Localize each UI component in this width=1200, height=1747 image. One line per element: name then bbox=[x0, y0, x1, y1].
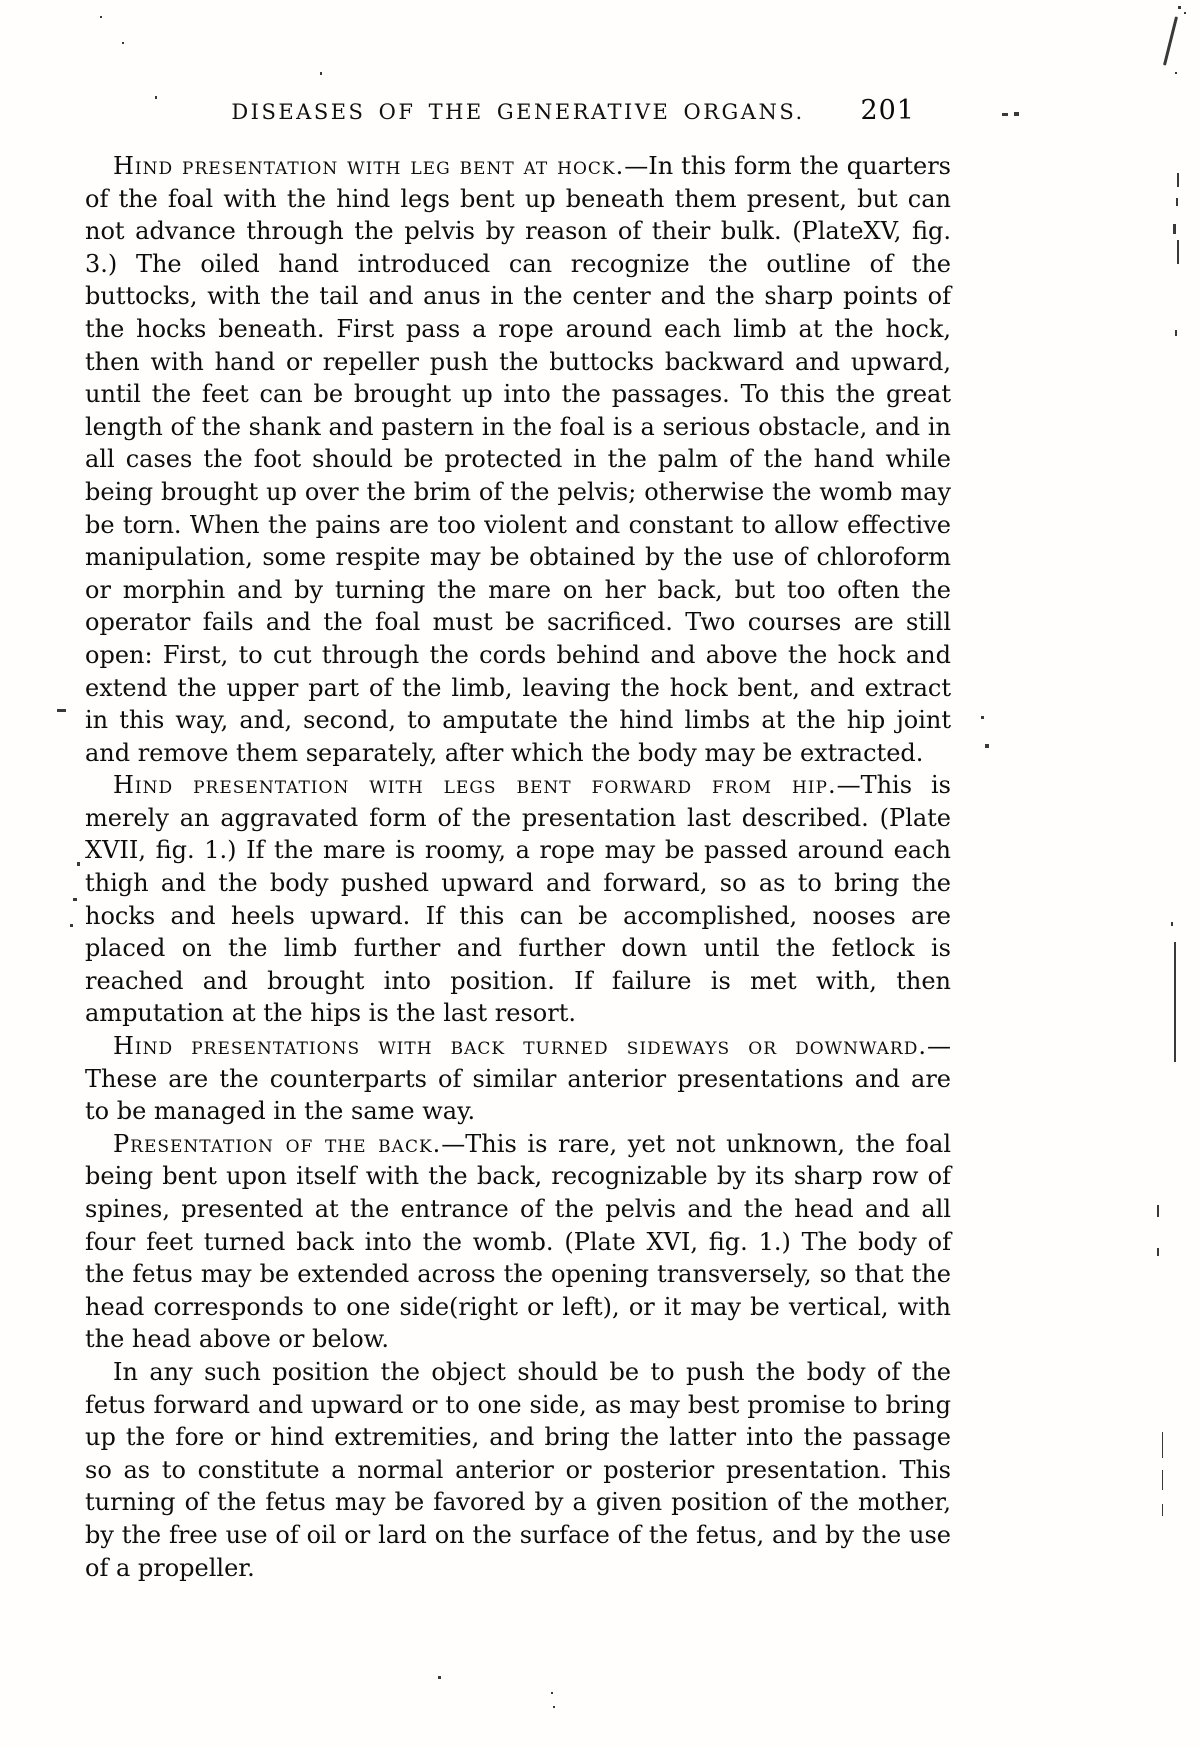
scan-artifact bbox=[985, 744, 989, 748]
scan-artifact bbox=[553, 1706, 555, 1708]
scan-artifact bbox=[438, 1676, 441, 1679]
scan-artifact bbox=[1162, 1432, 1163, 1458]
paragraph-lead: Hind presentation with leg bent at hock. bbox=[113, 152, 624, 180]
scan-artifact bbox=[1176, 198, 1178, 206]
scan-artifact bbox=[77, 862, 80, 866]
paragraph: Presentation of the back.—This is rare, … bbox=[85, 1128, 951, 1356]
paragraph-lead: Hind presentations with back turned side… bbox=[113, 1032, 927, 1060]
scan-artifact bbox=[1157, 1248, 1159, 1256]
scan-artifact bbox=[70, 924, 73, 927]
paragraph: Hind presentations with back turned side… bbox=[85, 1030, 951, 1128]
scan-artifact bbox=[155, 96, 157, 99]
scan-artifact bbox=[1175, 72, 1177, 74]
text-block: Hind presentation with leg bent at hock.… bbox=[85, 150, 951, 1584]
scan-artifact bbox=[1162, 1504, 1163, 1516]
scan-artifact bbox=[1184, 12, 1186, 14]
paragraph-body: In any such position the object should b… bbox=[85, 1358, 951, 1582]
paragraph-body: —This is merely an aggravated form of th… bbox=[85, 771, 951, 1027]
page-header: DISEASES OF THE GENERATIVE ORGANS. 201 bbox=[85, 100, 951, 130]
scan-artifact bbox=[1014, 112, 1019, 116]
paragraph-body: —This is rare, yet not unknown, the foal… bbox=[85, 1130, 951, 1354]
scan-artifact bbox=[551, 1692, 553, 1694]
scan-artifact bbox=[1174, 942, 1176, 1062]
scan-artifact bbox=[320, 72, 322, 75]
scan-artifact bbox=[1175, 330, 1177, 336]
running-title: DISEASES OF THE GENERATIVE ORGANS. bbox=[85, 100, 951, 124]
paragraph: In any such position the object should b… bbox=[85, 1356, 951, 1584]
scan-artifact bbox=[1171, 922, 1173, 926]
scan-artifact bbox=[122, 42, 124, 44]
scan-artifact bbox=[1157, 1205, 1159, 1217]
scan-artifact bbox=[73, 898, 77, 901]
scan-artifact bbox=[1177, 240, 1179, 264]
book-page: DISEASES OF THE GENERATIVE ORGANS. 201 H… bbox=[0, 0, 1200, 1747]
scan-artifact bbox=[1177, 173, 1179, 187]
scan-artifact bbox=[981, 716, 984, 719]
paragraph: Hind presentation with legs bent forward… bbox=[85, 769, 951, 1030]
paragraph-lead: Presentation of the back. bbox=[113, 1130, 441, 1158]
scan-artifact bbox=[1173, 224, 1176, 234]
scan-artifact bbox=[100, 16, 102, 18]
scan-artifact bbox=[1163, 16, 1178, 65]
paragraph-lead: Hind presentation with legs bent forward… bbox=[113, 771, 837, 799]
paragraph-body: —In this form the quarters of the foal w… bbox=[85, 152, 951, 767]
scan-artifact bbox=[1162, 1470, 1163, 1490]
scan-artifact bbox=[1002, 113, 1008, 116]
page-number: 201 bbox=[860, 95, 915, 126]
paragraph: Hind presentation with leg bent at hock.… bbox=[85, 150, 951, 769]
scan-artifact bbox=[1178, 6, 1181, 9]
scan-artifact bbox=[57, 709, 66, 712]
